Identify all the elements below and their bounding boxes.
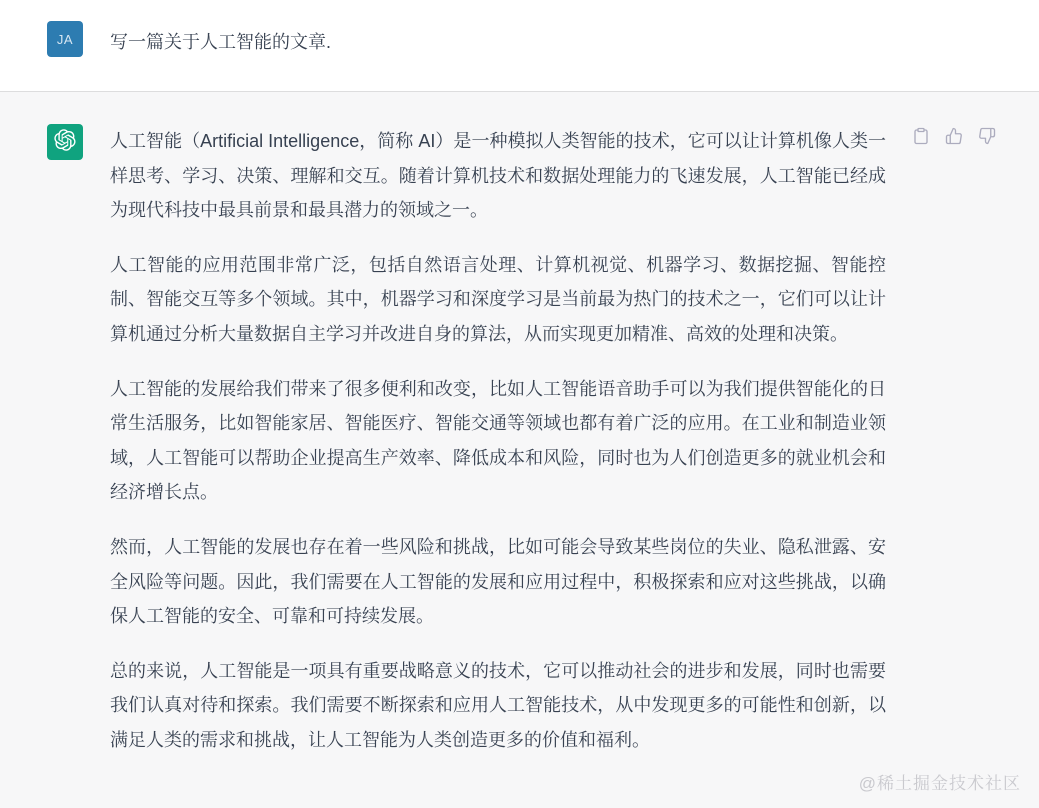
assistant-message-gutter bbox=[0, 124, 110, 160]
thumbs-up-button[interactable] bbox=[945, 127, 963, 145]
assistant-paragraph: 总的来说，人工智能是一项具有重要战略意义的技术，它可以推动社会的进步和发展，同时… bbox=[110, 654, 886, 758]
thumbs-down-button[interactable] bbox=[978, 127, 996, 145]
chat-window: JA 写一篇关于人工智能的文章. 人工智能（Artificial Intelli… bbox=[0, 0, 1039, 808]
message-actions bbox=[912, 124, 996, 145]
openai-logo-icon bbox=[54, 129, 76, 156]
assistant-paragraph: 然而，人工智能的发展也存在着一些风险和挑战，比如可能会导致某些岗位的失业、隐私泄… bbox=[110, 530, 886, 634]
thumbs-up-icon bbox=[945, 127, 963, 145]
user-avatar: JA bbox=[47, 21, 83, 57]
assistant-message: 人工智能（Artificial Intelligence，简称 AI）是一种模拟… bbox=[0, 91, 1039, 808]
copy-button[interactable] bbox=[912, 127, 930, 145]
clipboard-copy-icon bbox=[912, 127, 930, 145]
thumbs-down-icon bbox=[978, 127, 996, 145]
assistant-message-content: 人工智能（Artificial Intelligence，简称 AI）是一种模拟… bbox=[110, 124, 886, 758]
assistant-paragraph: 人工智能的发展给我们带来了很多便利和改变，比如人工智能语音助手可以为我们提供智能… bbox=[110, 372, 886, 510]
user-message: JA 写一篇关于人工智能的文章. bbox=[0, 0, 1039, 91]
user-message-gutter: JA bbox=[0, 21, 110, 57]
assistant-paragraph: 人工智能的应用范围非常广泛，包括自然语言处理、计算机视觉、机器学习、数据挖掘、智… bbox=[110, 248, 886, 352]
assistant-avatar bbox=[47, 124, 83, 160]
user-message-content: 写一篇关于人工智能的文章. bbox=[110, 21, 886, 60]
assistant-paragraph: 人工智能（Artificial Intelligence，简称 AI）是一种模拟… bbox=[110, 124, 886, 228]
user-message-text: 写一篇关于人工智能的文章. bbox=[110, 25, 886, 60]
